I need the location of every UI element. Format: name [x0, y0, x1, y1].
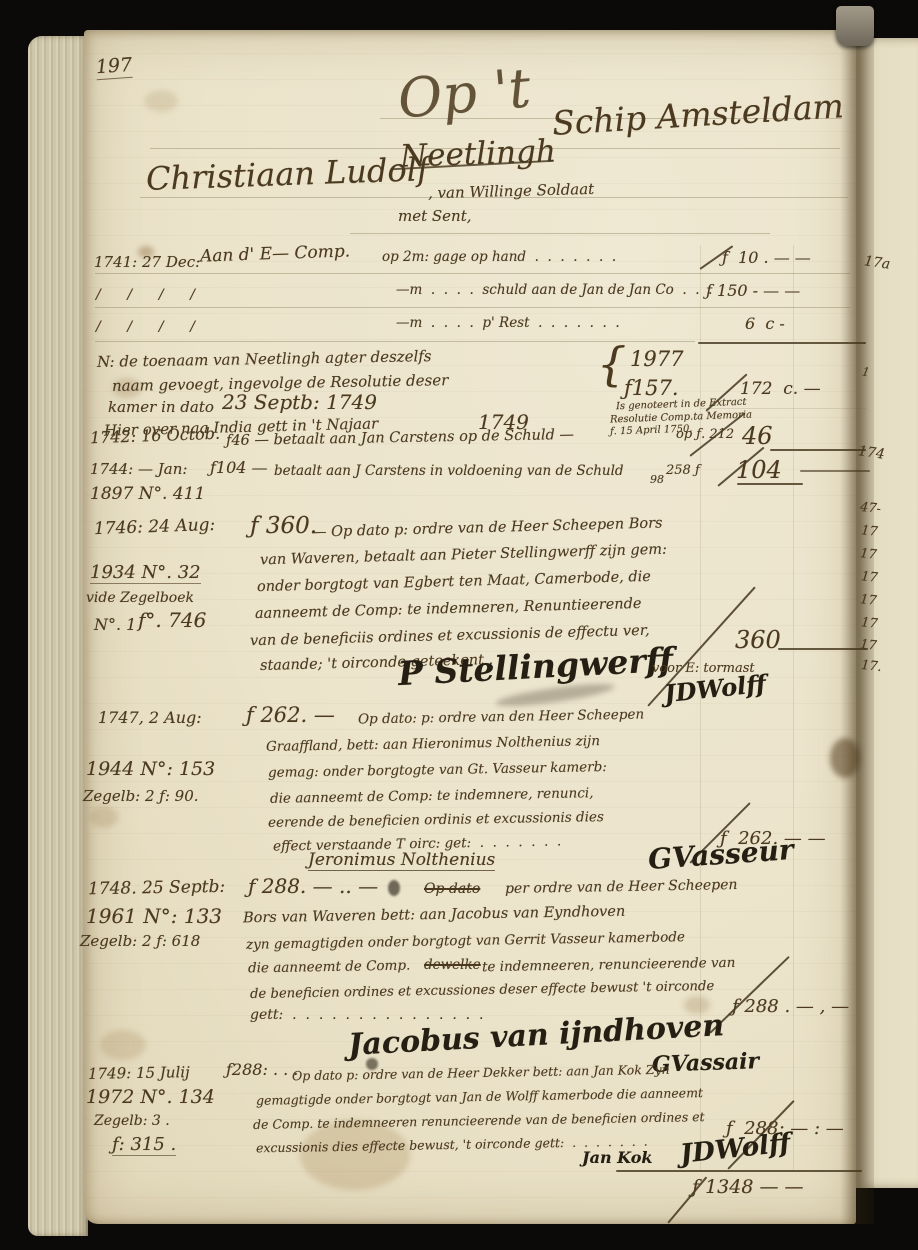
entry-1742-amount: 46: [742, 424, 773, 449]
entry-1747-margin2: Zegelb: 2 ƒ: 90.: [83, 789, 199, 805]
entry-1748-amount: ƒ 288 . — , —: [732, 998, 849, 1017]
amount-line-1742: [770, 449, 866, 451]
entry-1744-amount-inline: ƒ104 —: [210, 460, 268, 477]
entry-1748-last: gett: . . . . . . . . . . . . . . .: [250, 1008, 483, 1023]
entry-1746-margin3b: f°. 746: [138, 610, 206, 631]
note-line3a: kamer in dato: [108, 400, 214, 416]
entry-1746-amount: 360: [735, 628, 781, 653]
note-ref-bottom: ƒ157.: [624, 377, 679, 399]
amount-line-1744: [800, 470, 870, 472]
ditto-marks: / / / /: [96, 320, 195, 335]
entry-1748-margin1: 1961 N°: 133: [86, 906, 222, 927]
entry-1746-margin1: 1934 N°. 32: [90, 564, 201, 584]
note-ref-top: 1977: [630, 348, 683, 370]
entry-1748-line: die aanneemt de Comp.: [248, 959, 411, 976]
stain: [100, 1030, 146, 1060]
entry-1749-date: 1749: 15 Julij: [88, 1065, 190, 1083]
next-page-fragment: 17: [860, 524, 878, 539]
entry-1747-margin1: 1944 N°: 153: [86, 760, 215, 780]
next-page-fragment: 17: [860, 616, 878, 631]
note-brace: {: [597, 344, 626, 385]
opening-row1-desc: op 2m: gage op hand . . . . . . .: [382, 250, 616, 264]
entry-1748-date: 1748. 25 Septb:: [88, 879, 225, 899]
sum-underline: [698, 342, 866, 344]
entry-1742-ref: op ƒ. 212: [676, 428, 734, 442]
ditto-marks: / / / /: [96, 288, 195, 303]
header-subline: met Sent,: [398, 209, 472, 225]
entry-1744-ref: 258 ƒ: [666, 464, 700, 478]
entry-1744-amount: 104: [736, 458, 782, 483]
entry-1749-margin2: Zegelb: 3 .: [94, 1114, 170, 1129]
entry-1746-margin2: vide Zegelboek: [86, 591, 194, 606]
entry-1746-amount-inline: ƒ 360.: [250, 514, 317, 538]
stain: [144, 90, 178, 112]
signature-kok: Jan Kok: [582, 1150, 652, 1167]
page-edge-stack: [28, 36, 88, 1236]
page-number: 197: [95, 56, 133, 80]
stain: [90, 806, 118, 828]
entry-1747-amount-inline: ƒ 262. —: [246, 704, 335, 726]
rule-line: [350, 233, 770, 234]
entry-1744-text: betaalt aan J Carstens in voldoening van…: [274, 464, 624, 478]
total-line: [616, 1170, 862, 1172]
note-amount: 172 c. —: [740, 381, 821, 399]
next-page-fragment: 17.: [860, 659, 882, 675]
next-page-fragment: 17: [860, 570, 878, 585]
next-page-fragment: 17a: [863, 254, 891, 272]
ink-blot: [388, 880, 400, 896]
opening-row3-desc: —m . . . . p' Rest . . . . . . .: [396, 316, 620, 330]
entry-1748-margin2: Zegelb: 2 ƒ: 618: [80, 934, 200, 950]
entry-1749-amount-inline: ƒ288: . . .: [226, 1062, 298, 1079]
opening-row2-desc: —m . . . . schuld aan de Jan de Jan Co .…: [396, 283, 712, 297]
opening-row1-amount: ƒ 10 . — —: [722, 250, 811, 267]
entry-1744-date: 1744: — Jan:: [90, 462, 187, 478]
signature-nolthenius: Jeronimus Nolthenius: [308, 852, 495, 871]
spine-tab: [836, 6, 874, 46]
entry-1744-margin: 1897 N°. 411: [90, 486, 205, 504]
ledger-photo: 197 Op 't Schip Amsteldam Neetlingh Chri…: [0, 0, 918, 1250]
ship-header-flourish: Op 't: [396, 60, 533, 128]
edge-blot: [830, 738, 860, 778]
entry-1746-margin3a: N°. 1: [94, 617, 136, 634]
entry-1748-struck-text: Op dato: [424, 882, 480, 897]
opening-row2-amount: ƒ 150 - — —: [706, 283, 800, 300]
page-total: ƒ 1348 — —: [692, 1178, 804, 1198]
next-page-fragment: 17: [859, 547, 877, 562]
entry-1748-amount-inline: ƒ 288. — .. —: [248, 876, 378, 897]
entry-1749-margin3: ƒ: 315 .: [112, 1136, 176, 1156]
opening-date: 1741: 27 Dec:: [94, 255, 200, 271]
next-page-fragment: 174: [857, 444, 886, 462]
next-page-fragment: 17: [859, 593, 877, 608]
next-page-fragment: 17: [859, 638, 877, 653]
opening-row3-amount: 6 c -: [745, 316, 785, 333]
amount-line-1746: [778, 648, 868, 650]
note-line3-date: 23 Septb: 1749: [222, 392, 377, 413]
rule-line: [95, 273, 850, 274]
rule-line: [95, 307, 850, 308]
entry-1747-amount: ƒ 262. — —: [720, 830, 826, 849]
entry-1749-margin1: 1972 N°. 134: [86, 1088, 215, 1108]
entry-1748-struck-text2: dewelke: [424, 958, 481, 972]
entry-1744-ref-small: 98: [650, 474, 664, 486]
entry-1747-date: 1747, 2 Aug:: [98, 710, 202, 727]
next-page-fragment: 47-: [859, 501, 881, 517]
